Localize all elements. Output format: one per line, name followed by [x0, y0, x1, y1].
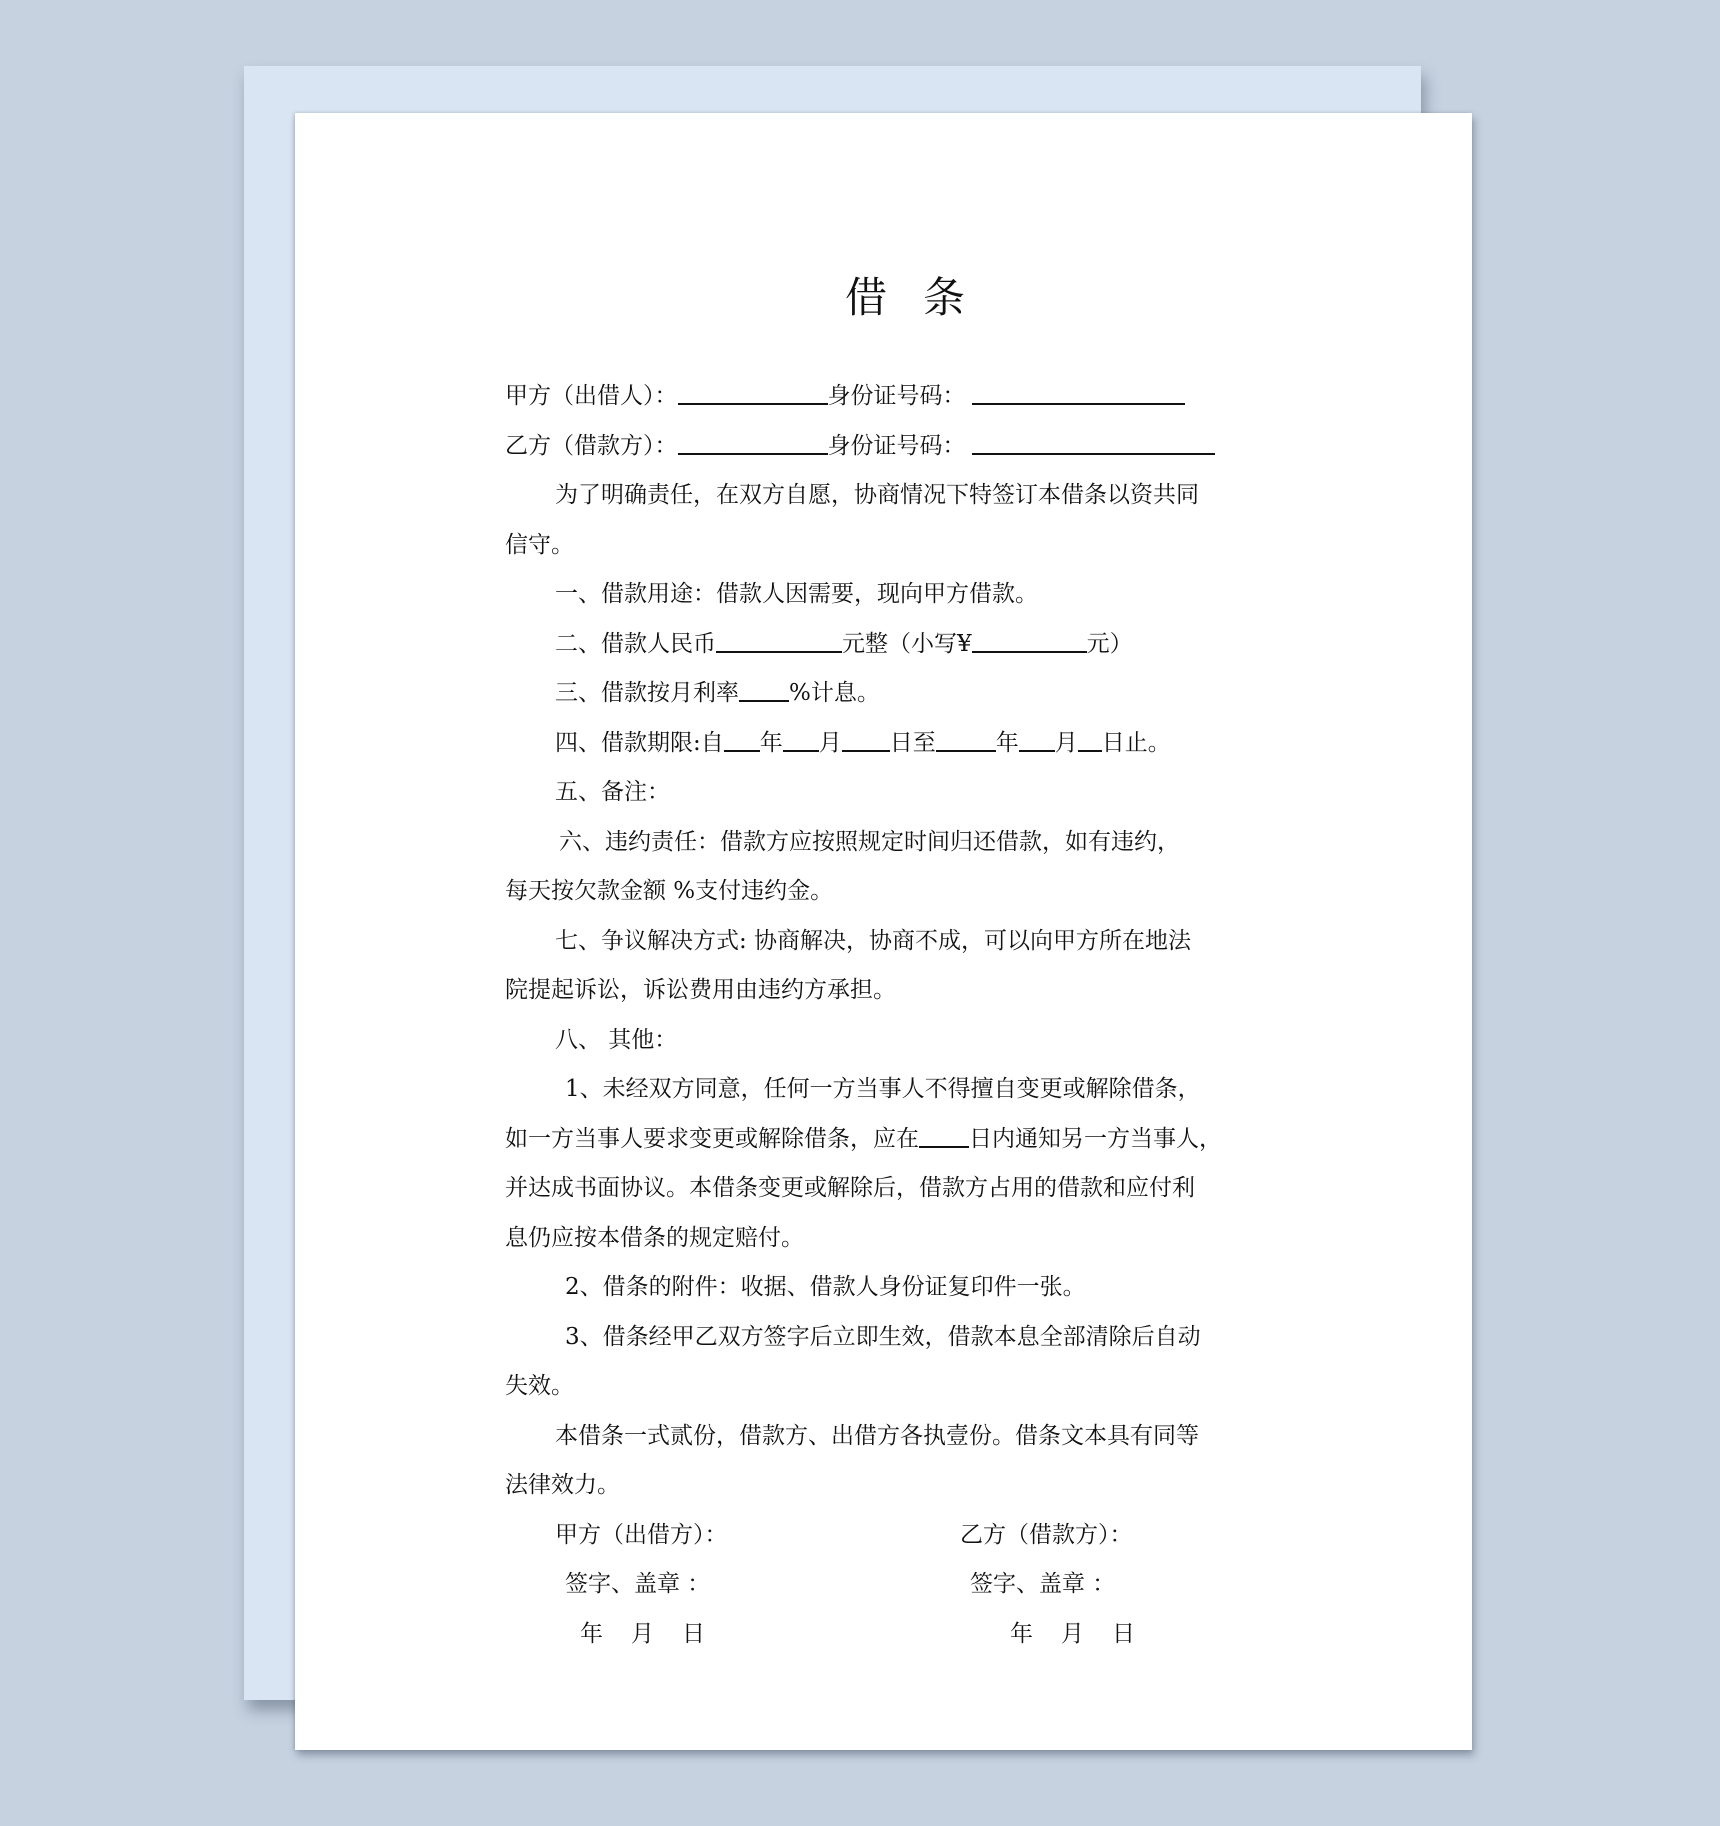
- month-label: 月: [819, 730, 842, 756]
- end-day-blank[interactable]: [1078, 728, 1102, 752]
- borrower-id-label: 身份证号码：: [828, 433, 966, 459]
- borrower-label: 乙方（借款方）：: [505, 433, 678, 459]
- signature-date-row: 年月日 年月日: [505, 1610, 1305, 1660]
- item-2: 2、借条的附件：收据、借款人身份证复印件一张。: [505, 1263, 1305, 1313]
- clause-5: 五、备注：: [505, 768, 1305, 818]
- preamble-line-1: 为了明确责任，在双方自愿，协商情况下特签订本借条以资共同: [505, 471, 1305, 521]
- borrower-signature-label: 乙方（借款方）：: [960, 1511, 1133, 1561]
- clause-2-text-b: 元整（小写¥: [842, 631, 972, 657]
- lender-name-blank[interactable]: [678, 381, 828, 405]
- start-day-blank[interactable]: [842, 728, 890, 752]
- clause-1: 一、借款用途：借款人因需要，现向甲方借款。: [505, 570, 1305, 620]
- year-label: 年: [996, 730, 1019, 756]
- day-end-label: 日止。: [1102, 730, 1171, 756]
- clause-3-text-a: 三、借款按月利率: [555, 680, 739, 706]
- interest-rate-blank[interactable]: [739, 678, 789, 702]
- lender-signature-label: 甲方（出借方）：: [505, 1511, 960, 1561]
- lender-date: 年月日: [505, 1610, 985, 1660]
- item-1-line-2: 如一方当事人要求变更或解除借条，应在日内通知另一方当事人，: [505, 1115, 1305, 1165]
- clause-6-line-1: 六、违约责任：借款方应按照规定时间归还借款，如有违约，: [505, 818, 1305, 868]
- clause-8: 八、 其他：: [505, 1016, 1305, 1066]
- date-year: 年: [580, 1621, 603, 1647]
- item-1-text-a: 如一方当事人要求变更或解除借条，应在: [505, 1126, 919, 1152]
- date-year: 年: [1010, 1621, 1033, 1647]
- clause-2: 二、借款人民币元整（小写¥元）: [505, 620, 1305, 670]
- day-to-label: 日至: [890, 730, 936, 756]
- closing-line-2: 法律效力。: [505, 1461, 1305, 1511]
- notice-days-blank[interactable]: [919, 1124, 969, 1148]
- document-page: 借条 甲方（出借人）：身份证号码： 乙方（借款方）：身份证号码： 为了明确责任，…: [295, 113, 1472, 1750]
- clause-2-text-a: 二、借款人民币: [555, 631, 716, 657]
- lender-sign-stamp[interactable]: 签字、盖章 ：: [505, 1560, 970, 1610]
- document-title: 借条: [505, 268, 1305, 328]
- year-label: 年: [760, 730, 783, 756]
- lender-label: 甲方（出借人）：: [505, 383, 678, 409]
- item-1-line-3: 并达成书面协议。本借条变更或解除后，借款方占用的借款和应付利: [505, 1164, 1305, 1214]
- lender-id-label: 身份证号码：: [828, 383, 966, 409]
- start-year-blank[interactable]: [724, 728, 760, 752]
- borrower-name-blank[interactable]: [678, 431, 828, 455]
- clause-4-text-a: 四、借款期限:自: [555, 730, 724, 756]
- amount-uppercase-blank[interactable]: [716, 629, 842, 653]
- clause-3: 三、借款按月利率%计息。: [505, 669, 1305, 719]
- end-month-blank[interactable]: [1019, 728, 1055, 752]
- clause-6-line-2: 每天按欠款金额 %支付违约金。: [505, 867, 1305, 917]
- end-year-blank[interactable]: [936, 728, 996, 752]
- signature-party-row: 甲方（出借方）： 乙方（借款方）：: [505, 1511, 1305, 1561]
- date-day: 日: [1112, 1621, 1135, 1647]
- clause-3-text-b: %计息。: [789, 680, 880, 706]
- item-1-text-b: 日内通知另一方当事人，: [969, 1126, 1222, 1152]
- clause-7-line-2: 院提起诉讼，诉讼费用由违约方承担。: [505, 966, 1305, 1016]
- closing-line-1: 本借条一式贰份，借款方、出借方各执壹份。借条文本具有同等: [505, 1412, 1305, 1462]
- lender-id-blank[interactable]: [972, 381, 1185, 405]
- signature-stamp-row: 签字、盖章 ： 签字、盖章 ：: [505, 1560, 1305, 1610]
- document-body: 甲方（出借人）：身份证号码： 乙方（借款方）：身份证号码： 为了明确责任，在双方…: [505, 372, 1305, 1659]
- borrower-id-blank[interactable]: [972, 431, 1215, 455]
- date-day: 日: [682, 1621, 705, 1647]
- month-label: 月: [1055, 730, 1078, 756]
- item-1-line-1: 1、未经双方同意，任何一方当事人不得擅自变更或解除借条，: [505, 1065, 1305, 1115]
- date-month: 月: [1061, 1621, 1084, 1647]
- item-1-line-4: 息仍应按本借条的规定赔付。: [505, 1214, 1305, 1264]
- clause-7-line-1: 七、争议解决方式: 协商解决，协商不成，可以向甲方所在地法: [505, 917, 1305, 967]
- clause-4: 四、借款期限:自年月日至年月日止。: [505, 719, 1305, 769]
- clause-2-text-c: 元）: [1087, 631, 1133, 657]
- lender-row: 甲方（出借人）：身份证号码：: [505, 372, 1305, 422]
- start-month-blank[interactable]: [783, 728, 819, 752]
- date-month: 月: [631, 1621, 654, 1647]
- item-3-line-2: 失效。: [505, 1362, 1305, 1412]
- item-3-line-1: 3、借条经甲乙双方签字后立即生效，借款本息全部清除后自动: [505, 1313, 1305, 1363]
- amount-numeric-blank[interactable]: [972, 629, 1087, 653]
- preamble-line-2: 信守。: [505, 521, 1305, 571]
- borrower-sign-stamp[interactable]: 签字、盖章 ：: [970, 1560, 1115, 1610]
- borrower-date: 年月日: [985, 1610, 1135, 1660]
- borrower-row: 乙方（借款方）：身份证号码：: [505, 422, 1305, 472]
